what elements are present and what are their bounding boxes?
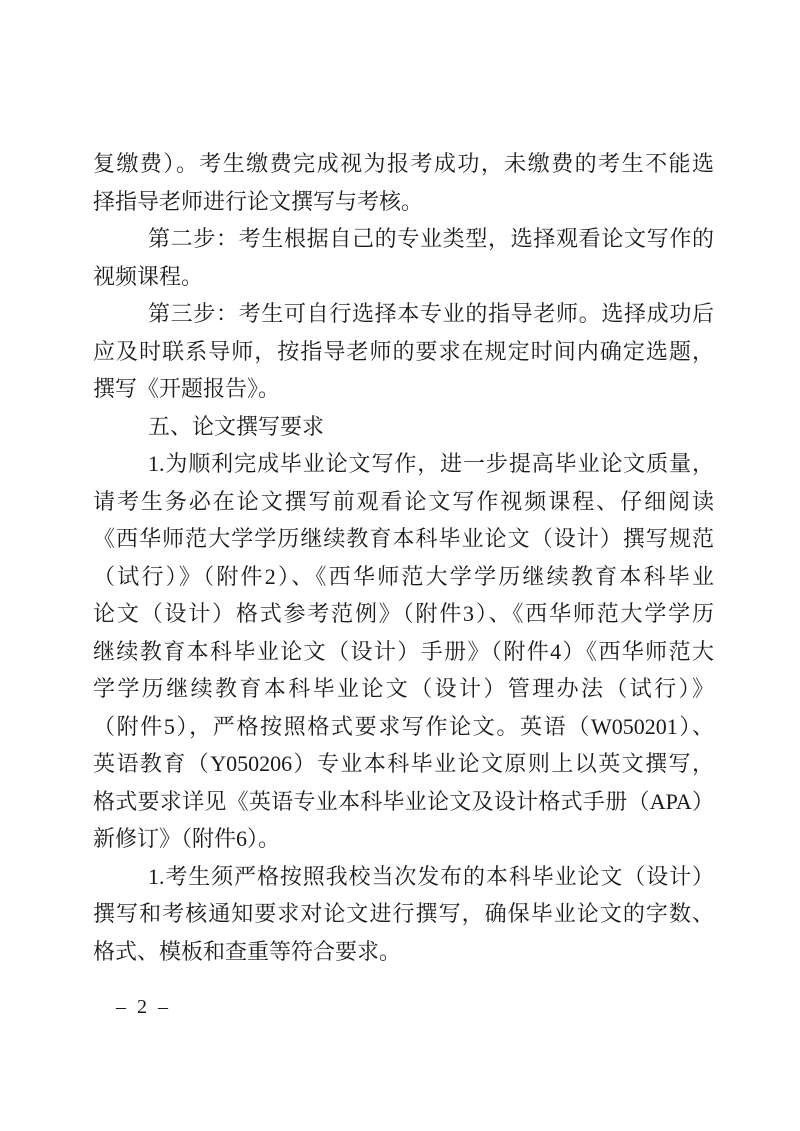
text-line: 学学历继续教育本科毕业论文（设计）管理办法（试行）》 — [93, 670, 714, 708]
text-line: （附件5），严格按照格式要求写作论文。英语（W050201）、 — [93, 708, 714, 746]
text-line: 视频课程。 — [93, 258, 714, 296]
document-page: 复缴费）。考生缴费完成视为报考成功，未缴费的考生不能选 择指导老师进行论文撰写与… — [0, 0, 800, 1131]
text-line: 格式要求详见《英语专业本科毕业论文及设计格式手册（APA） — [93, 783, 714, 821]
text-line: 1.为顺利完成毕业论文写作，进一步提高毕业论文质量， — [93, 445, 714, 483]
text-line: 择指导老师进行论文撰写与考核。 — [93, 183, 714, 221]
section-heading: 五、论文撰写要求 — [93, 408, 714, 446]
text-line: 请考生务必在论文撰写前观看论文写作视频课程、仔细阅读 — [93, 483, 714, 521]
text-line: 继续教育本科毕业论文（设计）手册》（附件4）《西华师范大 — [93, 633, 714, 671]
text-line: 1.考生须严格按照我校当次发布的本科毕业论文（设计） — [93, 858, 714, 896]
text-line: 第二步：考生根据自己的专业类型，选择观看论文写作的 — [93, 220, 714, 258]
text-line: （试行）》（附件2）、《西华师范大学学历继续教育本科毕业 — [93, 558, 714, 596]
text-line: 格式、模板和查重等符合要求。 — [93, 933, 714, 971]
text-line: 复缴费）。考生缴费完成视为报考成功，未缴费的考生不能选 — [93, 145, 714, 183]
text-line: 第三步：考生可自行选择本专业的指导老师。选择成功后 — [93, 295, 714, 333]
text-line: 论文（设计）格式参考范例》（附件3）、《西华师范大学学历 — [93, 595, 714, 633]
text-line: 撰写《开题报告》。 — [93, 370, 714, 408]
text-line: 英语教育（Y050206）专业本科毕业论文原则上以英文撰写， — [93, 745, 714, 783]
text-line: 撰写和考核通知要求对论文进行撰写，确保毕业论文的字数、 — [93, 895, 714, 933]
text-line: 应及时联系导师，按指导老师的要求在规定时间内确定选题， — [93, 333, 714, 371]
text-line: 《西华师范大学学历继续教育本科毕业论文（设计）撰写规范 — [93, 520, 714, 558]
text-line: 新修订》（附件6）。 — [93, 820, 714, 858]
page-number: – 2 – — [116, 996, 171, 1018]
document-body: 复缴费）。考生缴费完成视为报考成功，未缴费的考生不能选 择指导老师进行论文撰写与… — [93, 145, 714, 970]
